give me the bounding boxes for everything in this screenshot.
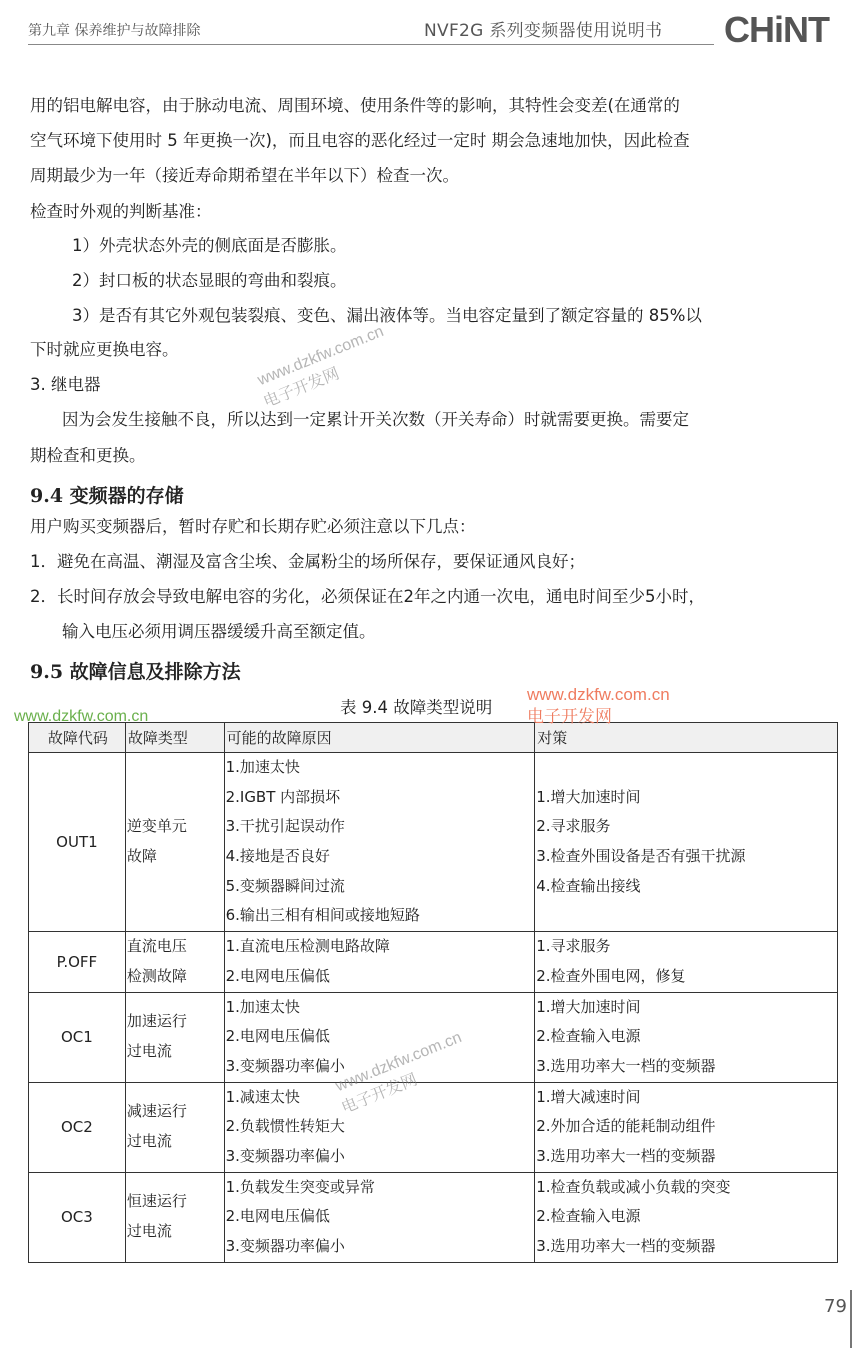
action-item: 2.寻求服务 bbox=[535, 812, 837, 842]
fault-type-line: 故障 bbox=[126, 842, 224, 872]
table-row: OC1 加速运行 过电流 1.加速太快 2.电网电压偏低 3.变频器功率偏小 1… bbox=[29, 992, 838, 1082]
fault-code: P.OFF bbox=[29, 932, 126, 992]
fault-type-table: 故障代码 故障类型 可能的故障原因 对策 OUT1 逆变单元 故障 1.加速太快… bbox=[28, 722, 838, 1263]
cause-item: 3.变频器功率偏小 bbox=[225, 1052, 535, 1082]
fault-type-line: 逆变单元 bbox=[126, 812, 224, 842]
header-fault-code: 故障代码 bbox=[29, 723, 126, 753]
fault-code: OC2 bbox=[29, 1082, 126, 1172]
body-text-line: 用的铝电解电容，由于脉动电流、周围环境、使用条件等的影响，其特性会变差(在通常的 bbox=[30, 96, 680, 116]
watermark-name: 电子开发网 bbox=[261, 365, 342, 412]
cause-item: 2.电网电压偏低 bbox=[225, 1202, 535, 1232]
fault-actions: 1.增大加速时间 2.寻求服务 3.检查外围设备是否有强干扰源 4.检查输出接线 bbox=[535, 753, 838, 932]
body-text-line: 因为会发生接触不良，所以达到一定累计开关次数（开关寿命）时就需要更换。需要定 bbox=[62, 410, 689, 430]
header-countermeasures: 对策 bbox=[535, 723, 838, 753]
cause-item: 6.输出三相有相间或接地短路 bbox=[225, 901, 535, 931]
cause-item: 1.加速太快 bbox=[225, 993, 535, 1023]
cause-item: 3.变频器功率偏小 bbox=[225, 1232, 535, 1262]
cause-item: 4.接地是否良好 bbox=[225, 842, 535, 872]
fault-causes: 1.加速太快 2.电网电压偏低 3.变频器功率偏小 bbox=[224, 992, 535, 1082]
fault-type: 加速运行 过电流 bbox=[125, 992, 224, 1082]
fault-actions: 1.检查负载或减小负载的突变 2.检查输入电源 3.选用功率大一档的变频器 bbox=[535, 1172, 838, 1262]
cause-item: 3.变频器功率偏小 bbox=[225, 1142, 535, 1172]
fault-type-line: 检测故障 bbox=[126, 962, 224, 992]
action-item: 3.选用功率大一档的变频器 bbox=[535, 1232, 837, 1262]
criteria-title: 检查时外观的判断基准： bbox=[30, 202, 212, 222]
fault-type: 逆变单元 故障 bbox=[125, 753, 224, 932]
body-text-line: 用户购买变频器后，暂时存贮和长期存贮必须注意以下几点： bbox=[30, 517, 476, 537]
fault-type: 恒速运行 过电流 bbox=[125, 1172, 224, 1262]
cause-item: 2.电网电压偏低 bbox=[225, 1022, 535, 1052]
fault-type-line: 恒速运行 bbox=[126, 1187, 224, 1217]
body-text-line: 周期最少为一年（接近寿命期希望在半年以下）检查一次。 bbox=[30, 166, 459, 186]
chint-logo: CHiNT bbox=[724, 10, 829, 50]
action-item: 1.增大加速时间 bbox=[535, 783, 837, 813]
chapter-title: 第九章 保养维护与故障排除 bbox=[28, 20, 200, 40]
table-row: P.OFF 直流电压 检测故障 1.直流电压检测电路故障 2.电网电压偏低 1.… bbox=[29, 932, 838, 992]
fault-type: 减速运行 过电流 bbox=[125, 1082, 224, 1172]
table-header-row: 故障代码 故障类型 可能的故障原因 对策 bbox=[29, 723, 838, 753]
cause-item: 2.负载惯性转矩大 bbox=[225, 1112, 535, 1142]
action-item: 1.检查负载或减小负载的突变 bbox=[535, 1173, 837, 1203]
header-divider bbox=[28, 44, 714, 45]
criteria-item: 2）封口板的状态显眼的弯曲和裂痕。 bbox=[72, 271, 347, 291]
fault-causes: 1.直流电压检测电路故障 2.电网电压偏低 bbox=[224, 932, 535, 992]
section-heading-9-4: 9.4 变频器的存储 bbox=[30, 481, 184, 508]
section-heading-9-5: 9.5 故障信息及排除方法 bbox=[30, 657, 241, 684]
fault-type-line: 过电流 bbox=[126, 1127, 224, 1157]
cause-item: 2.电网电压偏低 bbox=[225, 962, 535, 992]
fault-type-line: 过电流 bbox=[126, 1217, 224, 1247]
relay-heading: 3. 继电器 bbox=[30, 375, 101, 395]
fault-type-line: 加速运行 bbox=[126, 1007, 224, 1037]
criteria-item: 1）外壳状态外壳的侧底面是否膨胀。 bbox=[72, 236, 347, 256]
fault-code: OC1 bbox=[29, 992, 126, 1082]
action-item: 4.检查输出接线 bbox=[535, 872, 837, 902]
cause-item: 2.IGBT 内部损坏 bbox=[225, 783, 535, 813]
header-fault-type: 故障类型 bbox=[125, 723, 224, 753]
action-item bbox=[535, 753, 837, 783]
fault-code: OUT1 bbox=[29, 753, 126, 932]
action-item: 1.增大减速时间 bbox=[535, 1083, 837, 1113]
action-item: 2.检查外围电网，修复 bbox=[535, 962, 837, 992]
page-number: 79 bbox=[824, 1296, 847, 1317]
cause-item: 1.直流电压检测电路故障 bbox=[225, 932, 535, 962]
storage-item-continued: 输入电压必须用调压器缓缓升高至额定值。 bbox=[62, 622, 376, 642]
watermark-url: www.dzkfw.com.cn bbox=[255, 323, 386, 390]
table-row: OC3 恒速运行 过电流 1.负载发生突变或异常 2.电网电压偏低 3.变频器功… bbox=[29, 1172, 838, 1262]
cause-item: 1.加速太快 bbox=[225, 753, 535, 783]
action-item: 2.检查输入电源 bbox=[535, 1202, 837, 1232]
table-row: OUT1 逆变单元 故障 1.加速太快 2.IGBT 内部损坏 3.干扰引起误动… bbox=[29, 753, 838, 932]
page-number-bar bbox=[850, 1290, 852, 1348]
cause-item: 1.负载发生突变或异常 bbox=[225, 1173, 535, 1203]
header-possible-causes: 可能的故障原因 bbox=[224, 723, 535, 753]
action-item bbox=[535, 901, 837, 931]
cause-item: 1.减速太快 bbox=[225, 1083, 535, 1113]
action-item: 3.选用功率大一档的变频器 bbox=[535, 1142, 837, 1172]
action-item: 1.寻求服务 bbox=[535, 932, 837, 962]
storage-item: 2．长时间存放会导致电解电容的劣化，必须保证在2年之内通一次电，通电时间至少5小… bbox=[30, 587, 705, 607]
action-item: 2.检查输入电源 bbox=[535, 1022, 837, 1052]
table-row: OC2 减速运行 过电流 1.减速太快 2.负载惯性转矩大 3.变频器功率偏小 … bbox=[29, 1082, 838, 1172]
fault-actions: 1.增大减速时间 2.外加合适的能耗制动组件 3.选用功率大一档的变频器 bbox=[535, 1082, 838, 1172]
fault-actions: 1.寻求服务 2.检查外围电网，修复 bbox=[535, 932, 838, 992]
action-item: 3.选用功率大一档的变频器 bbox=[535, 1052, 837, 1082]
cause-item: 5.变频器瞬间过流 bbox=[225, 872, 535, 902]
fault-causes: 1.加速太快 2.IGBT 内部损坏 3.干扰引起误动作 4.接地是否良好 5.… bbox=[224, 753, 535, 932]
watermark-url-red: www.dzkfw.com.cn bbox=[527, 684, 670, 706]
fault-code: OC3 bbox=[29, 1172, 126, 1262]
manual-title: NVF2G 系列变频器使用说明书 bbox=[424, 16, 662, 41]
fault-actions: 1.增大加速时间 2.检查输入电源 3.选用功率大一档的变频器 bbox=[535, 992, 838, 1082]
fault-type-line: 过电流 bbox=[126, 1037, 224, 1067]
cause-item: 3.干扰引起误动作 bbox=[225, 812, 535, 842]
action-item: 2.外加合适的能耗制动组件 bbox=[535, 1112, 837, 1142]
action-item: 3.检查外围设备是否有强干扰源 bbox=[535, 842, 837, 872]
fault-causes: 1.负载发生突变或异常 2.电网电压偏低 3.变频器功率偏小 bbox=[224, 1172, 535, 1262]
storage-item: 1．避免在高温、潮湿及富含尘埃、金属粉尘的场所保存，要保证通风良好； bbox=[30, 552, 585, 572]
body-text-line: 期检查和更换。 bbox=[30, 446, 146, 466]
action-item: 1.增大加速时间 bbox=[535, 993, 837, 1023]
fault-causes: 1.减速太快 2.负载惯性转矩大 3.变频器功率偏小 bbox=[224, 1082, 535, 1172]
body-text-line: 下时就应更换电容。 bbox=[30, 340, 179, 360]
criteria-item: 3）是否有其它外观包装裂痕、变色、漏出液体等。当电容定量到了额定容量的 85%以 bbox=[72, 306, 702, 326]
fault-type-line: 直流电压 bbox=[126, 932, 224, 962]
fault-type: 直流电压 检测故障 bbox=[125, 932, 224, 992]
table-caption: 表 9.4 故障类型说明 bbox=[340, 694, 492, 718]
body-text-line: 空气环境下使用时 5 年更换一次)，而且电容的恶化经过一定时 期会急速地加快，因… bbox=[30, 131, 690, 151]
fault-type-line: 减速运行 bbox=[126, 1097, 224, 1127]
